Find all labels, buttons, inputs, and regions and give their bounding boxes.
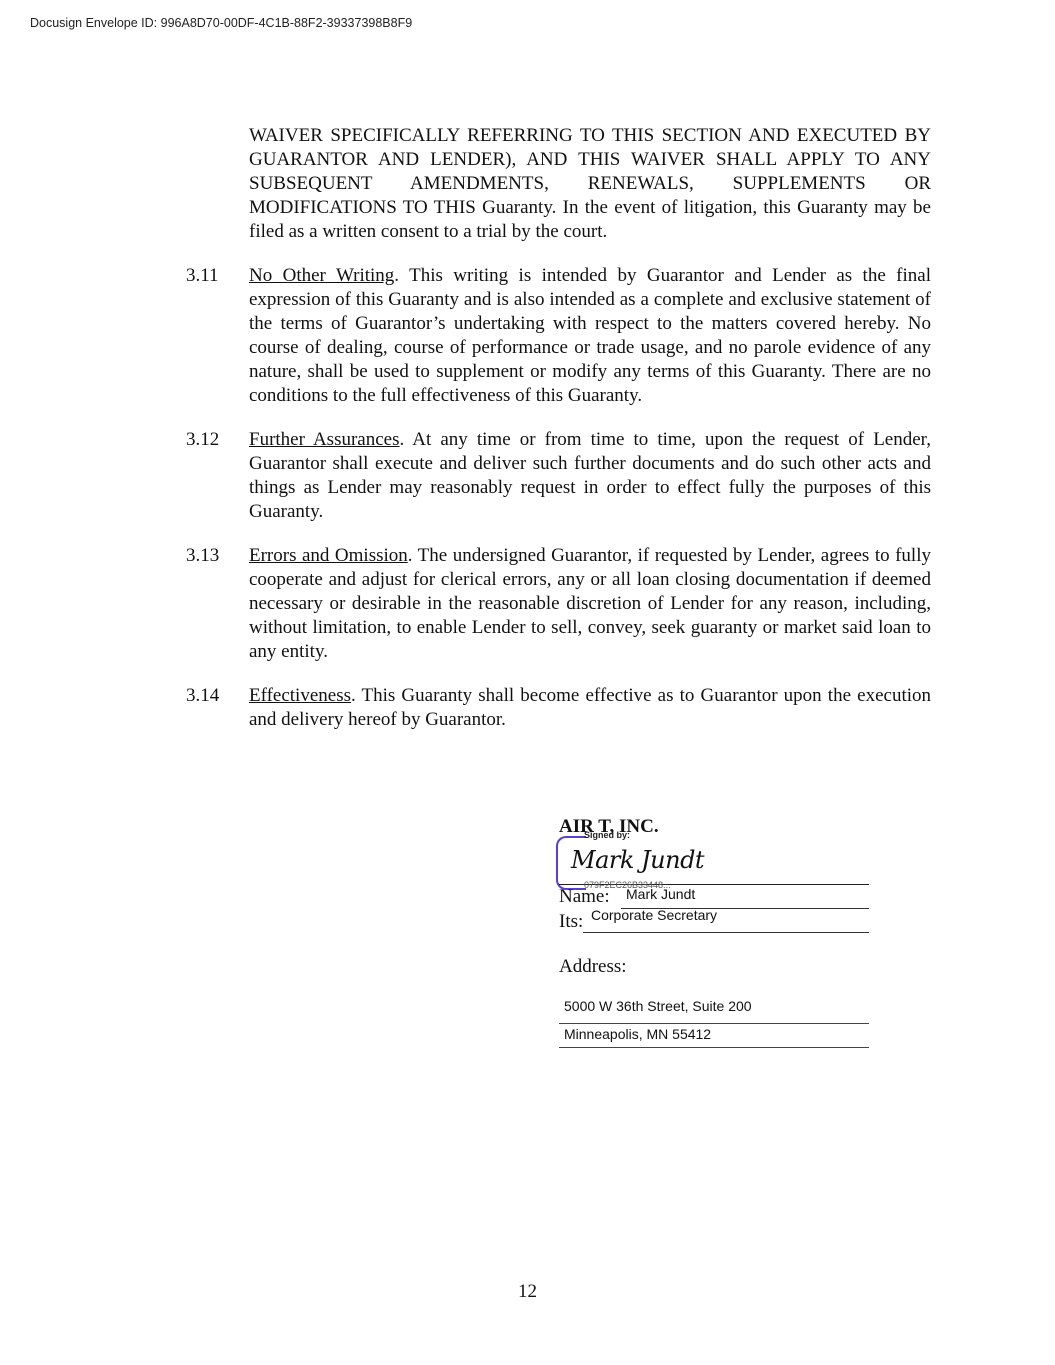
name-value: Mark Jundt [626, 886, 695, 902]
section-3-11: 3.11 No Other Writing. This writing is i… [186, 264, 931, 408]
section-number: 3.14 [186, 684, 249, 732]
section-heading: Further Assurances [249, 429, 400, 450]
signed-by-label: Signed by: [584, 830, 630, 840]
section-heading: Effectiveness [249, 685, 351, 706]
its-label: Its: [559, 911, 583, 933]
section-text: Further Assurances. At any time or from … [249, 428, 931, 524]
section-3-14: 3.14 Effectiveness. This Guaranty shall … [186, 684, 931, 732]
section-body: . This Guaranty shall become effective a… [249, 685, 931, 730]
section-text: Effectiveness. This Guaranty shall becom… [249, 684, 931, 732]
address-line-1: 5000 W 36th Street, Suite 200 [559, 998, 869, 1024]
section-number: 3.11 [186, 264, 249, 408]
section-body: . This writing is intended by Guarantor … [249, 265, 931, 406]
section-number: 3.13 [186, 544, 249, 664]
address-label: Address: [559, 956, 627, 978]
its-value: Corporate Secretary [591, 907, 717, 923]
name-label: Name: [559, 886, 610, 908]
page-number: 12 [0, 1281, 1055, 1303]
section-text: Errors and Omission. The undersigned Gua… [249, 544, 931, 664]
section-heading: No Other Writing [249, 265, 394, 286]
handwritten-signature: Mark Jundt [571, 846, 704, 874]
section-heading: Errors and Omission [249, 545, 408, 566]
section-3-13: 3.13 Errors and Omission. The undersigne… [186, 544, 931, 664]
continuation-paragraph: WAIVER SPECIFICALLY REFERRING TO THIS SE… [249, 124, 931, 244]
document-body: WAIVER SPECIFICALLY REFERRING TO THIS SE… [186, 124, 931, 732]
section-text: No Other Writing. This writing is intend… [249, 264, 931, 408]
its-line [583, 932, 869, 933]
address-line-2: Minneapolis, MN 55412 [559, 1026, 869, 1048]
section-number: 3.12 [186, 428, 249, 524]
section-3-12: 3.12 Further Assurances. At any time or … [186, 428, 931, 524]
docusign-envelope-id: Docusign Envelope ID: 996A8D70-00DF-4C1B… [30, 16, 412, 30]
